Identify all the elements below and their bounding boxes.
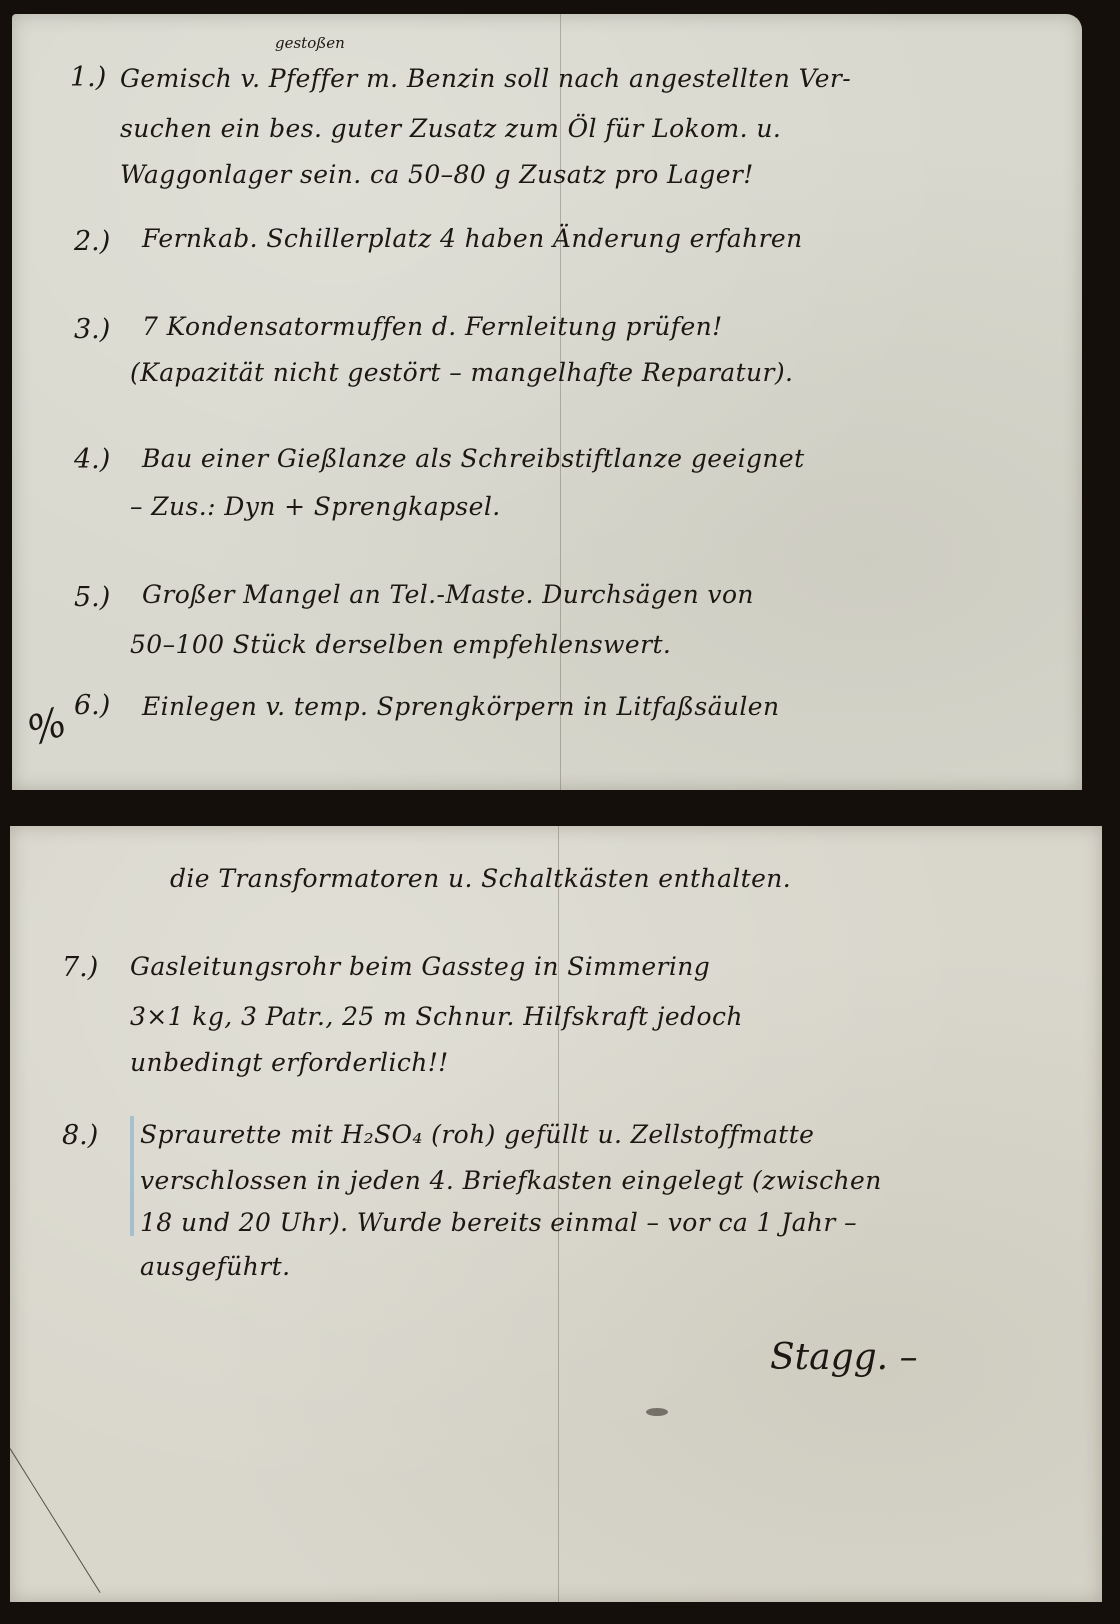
item-8-line-4: ausgeführt.: [140, 1254, 290, 1279]
corner-fold-line: [10, 1448, 101, 1593]
item-number-6: 6.): [74, 692, 110, 719]
item-8-line-1: Spraurette mit H₂SO₄ (roh) gefüllt u. Ze…: [140, 1122, 814, 1147]
insertion-above-text: gestoßen: [275, 36, 345, 51]
item-number-3: 3.): [74, 316, 110, 343]
item-5-line-2: 50–100 Stück derselben empfehlenswert.: [130, 632, 671, 657]
item-7-line-3: unbedingt erforderlich!!: [130, 1050, 449, 1075]
item-number-5: 5.): [74, 584, 110, 611]
item-3-line-1: 7 Kondensatormuffen d. Fernleitung prüfe…: [142, 314, 723, 339]
item-7-line-1: Gasleitungsrohr beim Gassteg in Simmerin…: [130, 954, 710, 979]
signature: Stagg. –: [770, 1340, 918, 1376]
item-number-4: 4.): [74, 446, 110, 473]
item-7-line-2: 3×1 kg, 3 Patr., 25 m Schnur. Hilfskraft…: [130, 1004, 743, 1029]
item-4-line-1: Bau einer Gießlanze als Schreibstiftlanz…: [142, 446, 805, 471]
page-1: gestoßen 1.) Gemisch v. Pfeffer m. Benzi…: [12, 14, 1082, 790]
item-6-line-1: Einlegen v. temp. Sprengkörpern in Litfa…: [142, 694, 779, 719]
scan-frame: gestoßen 1.) Gemisch v. Pfeffer m. Benzi…: [0, 0, 1120, 1624]
item-8-line-3: 18 und 20 Uhr). Wurde bereits einmal – v…: [140, 1210, 857, 1235]
item-4-line-2: – Zus.: Dyn + Sprengkapsel.: [130, 494, 501, 519]
item-8-line-2: verschlossen in jeden 4. Briefkasten ein…: [140, 1168, 882, 1193]
item-2-line-1: Fernkab. Schillerplatz 4 haben Änderung …: [142, 226, 803, 251]
margin-mark: %: [21, 699, 72, 755]
item-3-line-2: (Kapazität nicht gestört – mangelhafte R…: [130, 360, 793, 385]
item-number-8: 8.): [62, 1122, 98, 1149]
item-number-2: 2.): [74, 228, 110, 255]
page-2: die Transformatoren u. Schaltkästen enth…: [10, 826, 1102, 1602]
continuation-line: die Transformatoren u. Schaltkästen enth…: [170, 866, 791, 891]
item-5-line-1: Großer Mangel an Tel.-Maste. Durchsägen …: [142, 582, 754, 607]
item-1-line-2: suchen ein bes. guter Zusatz zum Öl für …: [120, 116, 781, 141]
item-1-line-3: Waggonlager sein. ca 50–80 g Zusatz pro …: [120, 162, 754, 187]
item-1-line-1: Gemisch v. Pfeffer m. Benzin soll nach a…: [120, 66, 851, 91]
ink-smudge: [646, 1408, 668, 1416]
item-number-7: 7.): [62, 954, 98, 981]
item-number-1: 1.): [70, 64, 106, 91]
blue-pencil-mark: [130, 1116, 134, 1236]
